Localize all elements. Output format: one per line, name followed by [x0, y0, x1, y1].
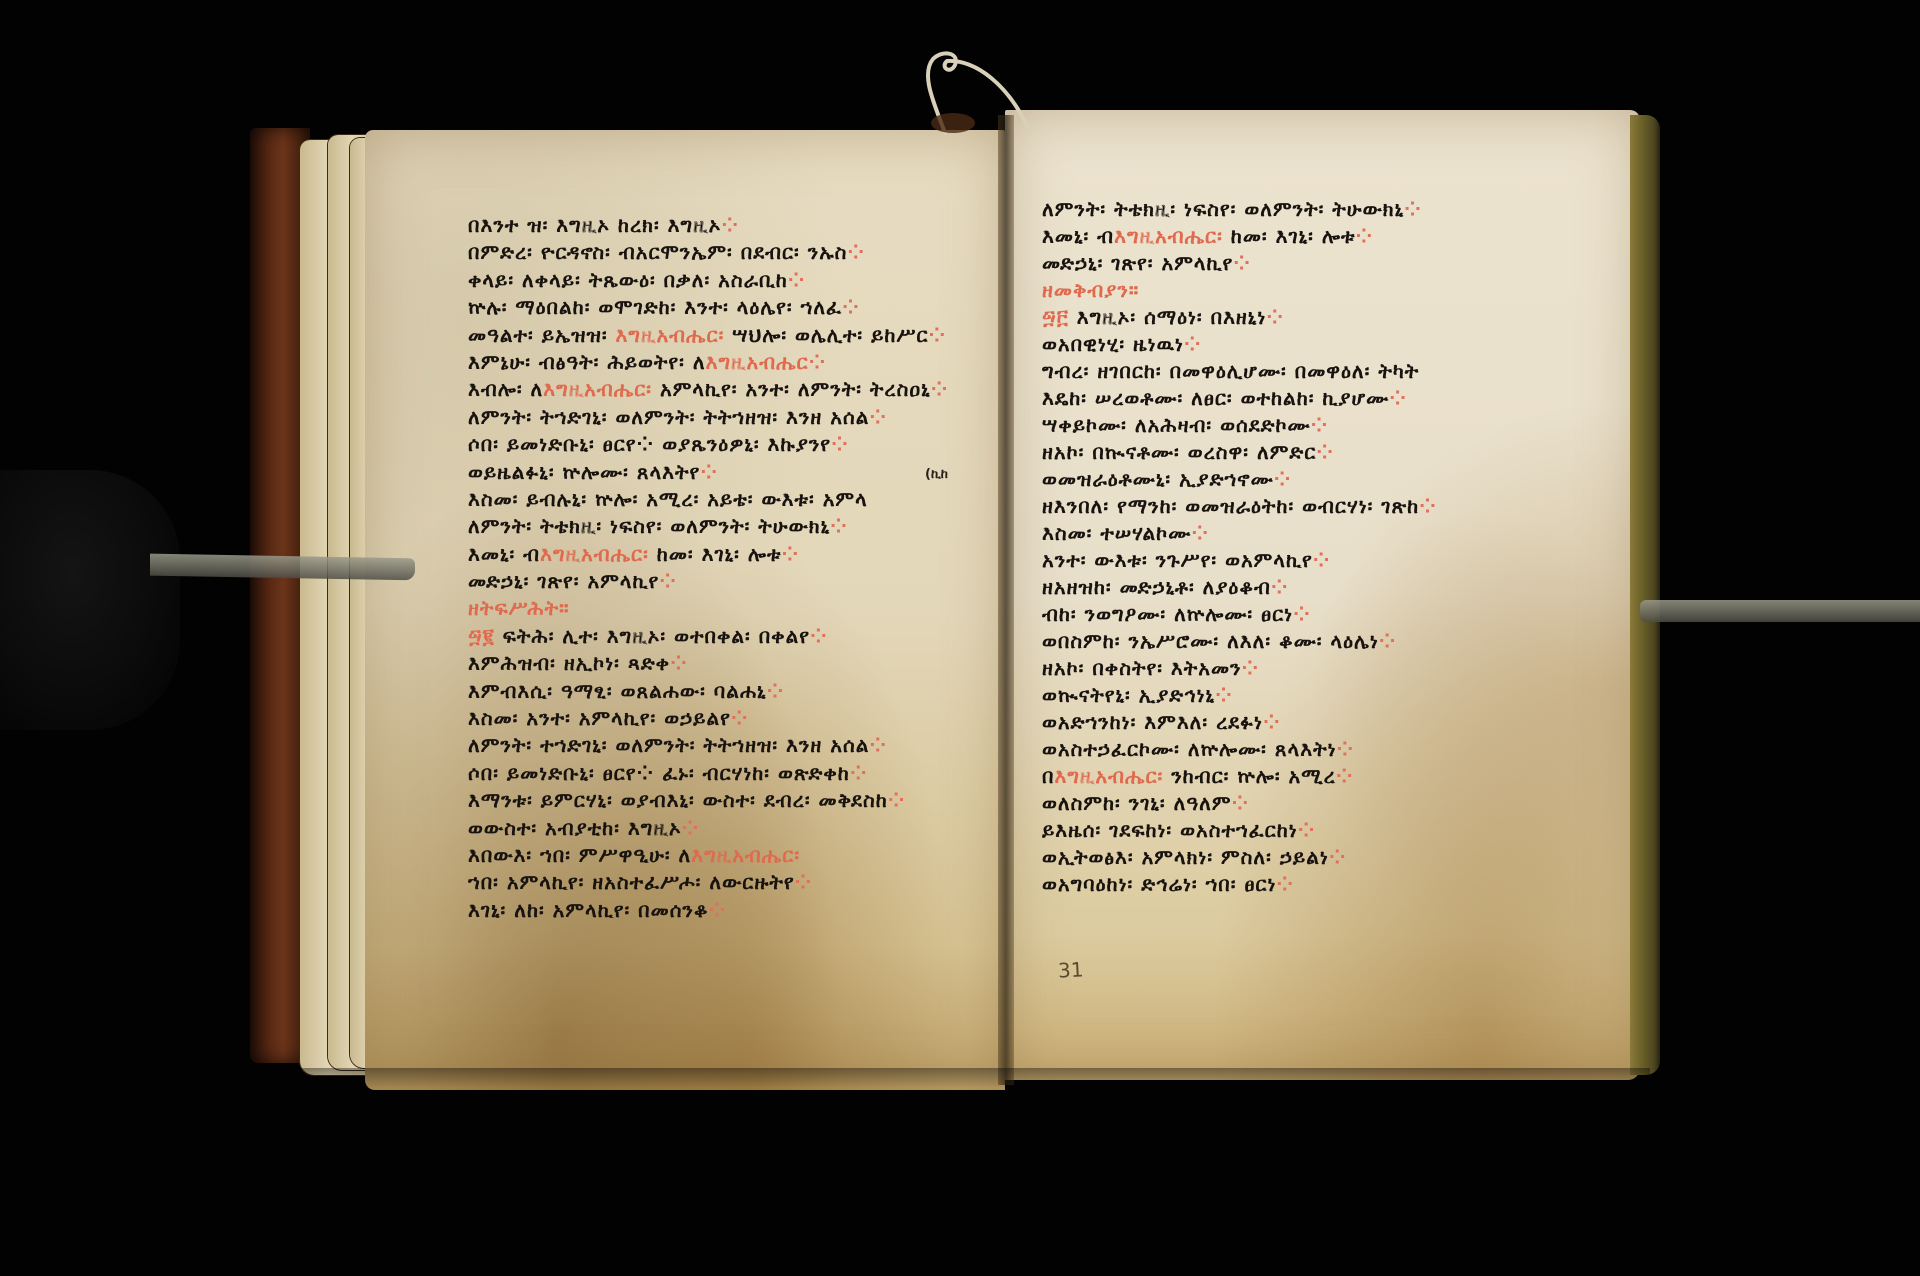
- folio-number: 31: [1057, 957, 1084, 982]
- verse-divider-icon: ⁘: [682, 816, 700, 840]
- line-text: ኵሉ፡ ማዕበልከ፡ ወሞገድከ፡ እንተ፡ ላዕሌየ፡ ኀለፈ: [468, 295, 842, 319]
- verse-divider-icon: ⁘: [847, 240, 865, 264]
- manuscript-line: ወአበዊነሂ፡ ዜነዉነ⁘: [1042, 331, 1602, 358]
- verse-divider-icon: ⁘: [1337, 737, 1355, 761]
- verse-divider-icon: ⁘: [700, 460, 718, 484]
- line-text: ወለስምከ፡ ንገኒ፡ ለዓለም: [1042, 791, 1232, 815]
- line-text: እመኒ፡ ብ: [468, 542, 540, 566]
- line-text: እማንቱ፡ ይምርሃኒ፡ ወያብእኒ፡ ውስተ፡ ደብረ፡ መቅደስከ: [468, 788, 888, 812]
- line-text: እግዚኦ፡ ሰማዕነ፡ በእዘኒነ: [1069, 305, 1267, 329]
- manuscript-line: እገኒ፡ ለከ፡ አምላኪየ፡ በመሰንቆ⁘: [468, 897, 988, 924]
- gutter: [998, 115, 1014, 1085]
- manuscript-line: ለምንት፡ ተኀድገኒ፡ ወለምንት፡ ትትኀዘዝ፡ እንዘ አሰል⁘: [468, 732, 988, 759]
- rubric-text: ፵፪: [468, 624, 495, 648]
- manuscript-line: እስመ፡ ይብሉኒ፡ ኵሎ፡ አሚረ፡ አይቴ፡ ውእቱ፡ አምላ: [468, 486, 988, 513]
- manuscript-line: ሶበ፡ ይመነድቡኒ፡ ፀርየ⁘ ፈኑ፡ ብርሃነከ፡ ወጽድቀከ⁘: [468, 760, 988, 787]
- manuscript-line: ወውስተ፡ አብያቲከ፡ እግዚኦ⁘: [468, 815, 988, 842]
- verse-divider-icon: ⁘: [1232, 791, 1250, 815]
- rubric-text: ዘመቅብያን።: [1042, 278, 1139, 302]
- line-text: ሣህሎ፡ ወሌሊተ፡ ይከሥር: [724, 323, 928, 347]
- line-text: እበውእ፡ ኀበ፡ ምሥዋዒሁ፡ ለ: [468, 843, 691, 867]
- manuscript-line: ፵፪ ፍትሕ፡ ሊተ፡ እግዚኦ፡ ወተበቀል፡ በቀልየ⁘: [468, 623, 988, 650]
- line-text: ⁘ ፈኑ፡ ብርሃነከ፡ ወጽድቀከ: [637, 761, 850, 785]
- rubric-text: እግዚአብሔር: [706, 350, 809, 374]
- manuscript-line: ለምንት፡ ትቴክዚ፡ ነፍስየ፡ ወለምንት፡ ትሁውክኒ⁘: [468, 513, 988, 540]
- manuscript-line: ዘመቅብያን።: [1042, 277, 1602, 304]
- manuscript-line: በምድረ፡ ዮርዳኖስ፡ ብአርሞንኤም፡ በደብር፡ ንኡስ⁘: [468, 239, 988, 266]
- verse-divider-icon: ⁘: [810, 624, 828, 648]
- gloved-hand: [0, 470, 180, 730]
- verse-divider-icon: ⁘: [709, 898, 727, 922]
- line-text: እስመ፡ አንተ፡ አምላኪየ፡ ወኃይልየ: [468, 706, 731, 730]
- line-text: ወአበዊነሂ፡ ዜነዉነ: [1042, 332, 1184, 356]
- right-page-edge: [1630, 115, 1660, 1075]
- verse-divider-icon: ⁘: [1298, 818, 1316, 842]
- line-text: ወኢትወፅእ፡ አምላክነ፡ ምስለ፡ ኃይልነ: [1042, 845, 1329, 869]
- manuscript-line: እመኒ፡ ብእግዚአብሔር፡ ከመ፡ እገኒ፡ ሎቱ⁘: [468, 541, 988, 568]
- line-text: ንከብር፡ ኵሎ፡ አሚረ: [1163, 764, 1336, 788]
- manuscript-line: አንተ፡ ውእቱ፡ ንጉሥየ፡ ወአምላኪየ⁘: [1042, 547, 1602, 574]
- left-page-text: በእንተ ዝ፡ እግዚኦ ከረክ፡ እግዚኦ⁘በምድረ፡ ዮርዳኖስ፡ ብአርሞ…: [468, 212, 988, 924]
- verse-divider-icon: ⁘: [1274, 467, 1292, 491]
- verse-divider-icon: ⁘: [1271, 575, 1289, 599]
- manuscript-line: እምብእሲ፡ ዓማፂ፡ ወጸልሐው፡ ባልሐኒ⁘: [468, 678, 988, 705]
- manuscript-line: እስመ፡ ተሠሃልኮሙ⁘: [1042, 520, 1602, 547]
- manuscript-line: እምሕዝብ፡ ዘኢኮነ፡ ጻድቀ⁘: [468, 650, 988, 677]
- rubric-text: እግዚአብሔር፡: [1054, 764, 1163, 788]
- verse-divider-icon: ⁘: [767, 679, 785, 703]
- verse-divider-icon: ⁘: [1355, 224, 1373, 248]
- line-text: መድኃኒ፡ ገጽየ፡ አምላኪየ: [468, 569, 659, 593]
- line-text: እምኔሁ፡ ብፅዓት፡ ሕይወትየ፡ ለ: [468, 350, 706, 374]
- marginal-note: (ኪከ: [925, 467, 948, 482]
- verse-divider-icon: ⁘: [830, 514, 848, 538]
- rubric-text: እግዚአብሔር፡: [543, 377, 652, 401]
- rubric-text: እግዚአብሔር፡: [1114, 224, 1223, 248]
- line-text: ዘአዘዝከ፡ መድኃኒቶ፡ ለያዕቆብ: [1042, 575, 1271, 599]
- manuscript-line: ወለስምከ፡ ንገኒ፡ ለዓለም⁘: [1042, 790, 1602, 817]
- verse-divider-icon: ⁘: [1419, 494, 1437, 518]
- manuscript-line: ወአስተኃፈርኮሙ፡ ለኵሎሙ፡ ጸላእትነ⁘: [1042, 736, 1602, 763]
- manuscript-line: ቀላይ፡ ለቀላይ፡ ትጼውዕ፡ በቃለ፡ አስራቢከ⁘: [468, 267, 988, 294]
- manuscript-line: እበውእ፡ ኀበ፡ ምሥዋዒሁ፡ ለእግዚአብሔር፡: [468, 842, 988, 869]
- line-text: እምብእሲ፡ ዓማፂ፡ ወጸልሐው፡ ባልሐኒ: [468, 679, 767, 703]
- rubric-text: እግዚአብሔር፡: [691, 843, 800, 867]
- line-text: በእንተ ዝ፡ እግዚኦ ከረክ፡ እግዚኦ: [468, 213, 721, 237]
- verse-divider-icon: ⁘: [1379, 629, 1397, 653]
- manuscript-line: እብሎ፡ ለእግዚአብሔር፡ አምላኪየ፡ አንተ፡ ለምንት፡ ትረስዐኒ⁘: [468, 376, 988, 403]
- line-text: ሣቀይኮሙ፡ ለአሕዛብ፡ ወሰደድኮሙ: [1042, 413, 1311, 437]
- verse-divider-icon: ⁘: [1313, 548, 1331, 572]
- manuscript-line: ግብረ፡ ዘገበርከ፡ በመዋዕሊሆሙ፡ በመዋዕለ፡ ትካት: [1042, 358, 1602, 385]
- verse-divider-icon: ⁘: [1184, 332, 1202, 356]
- line-text: ይእዜሰ፡ ገደፍከነ፡ ወአስተኀፈርከነ: [1042, 818, 1298, 842]
- manuscript-line: እምኔሁ፡ ብፅዓት፡ ሕይወትየ፡ ለእግዚአብሔር⁘: [468, 349, 988, 376]
- line-text: ብከ፡ ንወግዖሙ፡ ለኵሎሙ፡ ፀርነ: [1042, 602, 1293, 626]
- line-text: ከመ፡ እገኒ፡ ሎቱ: [1223, 224, 1356, 248]
- verse-divider-icon: ⁘: [1316, 440, 1334, 464]
- verse-divider-icon: ⁘: [1336, 764, 1354, 788]
- line-text: ሶበ፡ ይመነድቡኒ፡ ፀርየ: [468, 761, 637, 785]
- verse-divider-icon: ⁘: [1293, 602, 1311, 626]
- line-text: እብሎ፡ ለ: [468, 377, 543, 401]
- line-text: ወአግባዕከነ፡ ድኅሬነ፡ ኀበ፡ ፀርነ: [1042, 872, 1276, 896]
- line-text: ፍትሕ፡ ሊተ፡ እግዚኦ፡ ወተበቀል፡ በቀልየ: [495, 624, 810, 648]
- manuscript-line: ዘአኮ፡ በቀስትየ፡ እትአመን⁘: [1042, 655, 1602, 682]
- line-text: ወአድኀንከነ፡ እምእለ፡ ረደፉነ: [1042, 710, 1263, 734]
- verse-divider-icon: ⁘: [929, 323, 947, 347]
- manuscript-line: ዘአኮ፡ በኲናቶሙ፡ ወረስዋ፡ ለምድር⁘: [1042, 439, 1602, 466]
- manuscript-line: ወአድኀንከነ፡ እምእለ፡ ረደፉነ⁘: [1042, 709, 1602, 736]
- verse-divider-icon: ⁘: [1389, 386, 1407, 410]
- line-text: በምድረ፡ ዮርዳኖስ፡ ብአርሞንኤም፡ በደብር፡ ንኡስ: [468, 240, 847, 264]
- manuscript-line: እዴከ፡ ሠረወቶሙ፡ ለፀር፡ ወተከልከ፡ ኪያሆሙ⁘: [1042, 385, 1602, 412]
- manuscript-line: ወይዜልፉኒ፡ ኵሎሙ፡ ጸላእትየ⁘: [468, 459, 988, 486]
- manuscript-line: ወኲናትየኒ፡ ኢያድኅነኒ⁘: [1042, 682, 1602, 709]
- verse-divider-icon: ⁘: [869, 405, 887, 429]
- line-text: እስመ፡ ተሠሃልኮሙ: [1042, 521, 1191, 545]
- manuscript-line: ወኢትወፅእ፡ አምላክነ፡ ምስለ፡ ኃይልነ⁘: [1042, 844, 1602, 871]
- verse-divider-icon: ⁘: [721, 213, 739, 237]
- line-text: ለምንት፡ ትኀድገኒ፡ ወለምንት፡ ትትኀዘዝ፡ እንዘ አሰል: [468, 405, 869, 429]
- verse-divider-icon: ⁘: [1233, 251, 1251, 275]
- manuscript-line: ኀበ፡ አምላኪየ፡ ዘአስተፈሥሖ፡ ለውርዙትየ⁘: [468, 869, 988, 896]
- verse-divider-icon: ⁘: [1242, 656, 1260, 680]
- line-text: ከመ፡ እገኒ፡ ሎቱ: [649, 542, 782, 566]
- verse-divider-icon: ⁘: [659, 569, 677, 593]
- manuscript-line: ዘትፍሥሕት።: [468, 595, 988, 622]
- manuscript-line: እስመ፡ አንተ፡ አምላኪየ፡ ወኃይልየ⁘: [468, 705, 988, 732]
- manuscript-line: በእንተ ዝ፡ እግዚኦ ከረክ፡ እግዚኦ⁘: [468, 212, 988, 239]
- line-text: ለምንት፡ ተኀድገኒ፡ ወለምንት፡ ትትኀዘዝ፡ እንዘ አሰል: [468, 733, 869, 757]
- manuscript-line: እመኒ፡ ብእግዚአብሔር፡ ከመ፡ እገኒ፡ ሎቱ⁘: [1042, 223, 1602, 250]
- manuscript-line: ኵሉ፡ ማዕበልከ፡ ወሞገድከ፡ እንተ፡ ላዕሌየ፡ ኀለፈ⁘: [468, 294, 988, 321]
- verse-divider-icon: ⁘: [842, 295, 860, 319]
- line-text: ወኲናትየኒ፡ ኢያድኅነኒ: [1042, 683, 1215, 707]
- line-text: ቀላይ፡ ለቀላይ፡ ትጼውዕ፡ በቃለ፡ አስራቢከ: [468, 268, 788, 292]
- line-text: እመኒ፡ ብ: [1042, 224, 1114, 248]
- verse-divider-icon: ⁘: [781, 542, 799, 566]
- verse-divider-icon: ⁘: [850, 761, 868, 785]
- manuscript-line: መድኃኒ፡ ገጽየ፡ አምላኪየ⁘: [1042, 250, 1602, 277]
- line-text: ወይዜልፉኒ፡ ኵሎሙ፡ ጸላእትየ: [468, 460, 700, 484]
- manuscript-line: እማንቱ፡ ይምርሃኒ፡ ወያብእኒ፡ ውስተ፡ ደብረ፡ መቅደስከ⁘: [468, 787, 988, 814]
- manuscript-line: ወአግባዕከነ፡ ድኅሬነ፡ ኀበ፡ ፀርነ⁘: [1042, 871, 1602, 898]
- line-text: ዘአኮ፡ በቀስትየ፡ እትአመን: [1042, 656, 1242, 680]
- line-text: ዘእንበለ፡ የማንከ፡ ወመዝራዕትከ፡ ወብርሃነ፡ ገጽከ: [1042, 494, 1419, 518]
- line-text: ወመዝራዕቶሙኒ፡ ኢያድኀኖሙ: [1042, 467, 1274, 491]
- manuscript-line: ይእዜሰ፡ ገደፍከነ፡ ወአስተኀፈርከነ⁘: [1042, 817, 1602, 844]
- manuscript-line: በእግዚአብሔር፡ ንከብር፡ ኵሎ፡ አሚረ⁘: [1042, 763, 1602, 790]
- line-text: ሶበ፡ ይመነድቡኒ፡ ፀርየ: [468, 432, 637, 456]
- line-text: እምሕዝብ፡ ዘኢኮነ፡ ጻድቀ: [468, 651, 670, 675]
- line-text: ወአስተኃፈርኮሙ፡ ለኵሎሙ፡ ጸላእትነ: [1042, 737, 1337, 761]
- manuscript-line: ብከ፡ ንወግዖሙ፡ ለኵሎሙ፡ ፀርነ⁘: [1042, 601, 1602, 628]
- photo-scene: በእንተ ዝ፡ እግዚኦ ከረክ፡ እግዚኦ⁘በምድረ፡ ዮርዳኖስ፡ ብአርሞ…: [0, 0, 1920, 1276]
- binding-string-icon: [915, 45, 1045, 135]
- page-holder-strip-right: [1640, 600, 1920, 622]
- verse-divider-icon: ⁘: [1276, 872, 1294, 896]
- rubric-text: እግዚአብሔር፡: [540, 542, 649, 566]
- line-text: እዴከ፡ ሠረወቶሙ፡ ለፀር፡ ወተከልከ፡ ኪያሆሙ: [1042, 386, 1389, 410]
- verse-divider-icon: ⁘: [809, 350, 827, 374]
- verse-divider-icon: ⁘: [670, 651, 688, 675]
- right-page-text: ለምንት፡ ትቴክዚ፡ ነፍስየ፡ ወለምንት፡ ትሁውክኒ⁘እመኒ፡ ብእግዚ…: [1042, 196, 1602, 898]
- line-text: ኀበ፡ አምላኪየ፡ ዘአስተፈሥሖ፡ ለውርዙትየ: [468, 870, 795, 894]
- verse-divider-icon: ⁘: [795, 870, 813, 894]
- bottom-shadow: [290, 1068, 1650, 1088]
- line-text: በ: [1042, 764, 1054, 788]
- manuscript-line: ወመዝራዕቶሙኒ፡ ኢያድኀኖሙ⁘: [1042, 466, 1602, 493]
- line-text: አንተ፡ ውእቱ፡ ንጉሥየ፡ ወአምላኪየ: [1042, 548, 1313, 572]
- manuscript-line: ዘእንበለ፡ የማንከ፡ ወመዝራዕትከ፡ ወብርሃነ፡ ገጽከ⁘: [1042, 493, 1602, 520]
- page-holder-strip-left: [150, 554, 415, 581]
- verse-divider-icon: ⁘: [1266, 305, 1284, 329]
- line-text: ግብረ፡ ዘገበርከ፡ በመዋዕሊሆሙ፡ በመዋዕለ፡ ትካት: [1042, 359, 1419, 383]
- rubric-text: እግዚአብሔር፡: [616, 323, 725, 347]
- verse-divider-icon: ⁘: [888, 788, 906, 812]
- manuscript-line: መድኃኒ፡ ገጽየ፡ አምላኪየ⁘: [468, 568, 988, 595]
- verse-divider-icon: ⁘: [1404, 197, 1422, 221]
- verse-divider-icon: ⁘: [788, 268, 806, 292]
- line-text: እስመ፡ ይብሉኒ፡ ኵሎ፡ አሚረ፡ አይቴ፡ ውእቱ፡ አምላ: [468, 487, 868, 511]
- line-text: መድኃኒ፡ ገጽየ፡ አምላኪየ: [1042, 251, 1233, 275]
- rubric-text: ዘትፍሥሕት።: [468, 596, 569, 620]
- line-text: አምላኪየ፡ አንተ፡ ለምንት፡ ትረስዐኒ: [652, 377, 931, 401]
- manuscript-line: ፵፫ እግዚኦ፡ ሰማዕነ፡ በእዘኒነ⁘: [1042, 304, 1602, 331]
- verse-divider-icon: ⁘: [931, 377, 949, 401]
- rubric-text: ፵፫: [1042, 305, 1069, 329]
- line-text: ወውስተ፡ አብያቲከ፡ እግዚኦ: [468, 816, 682, 840]
- manuscript-line: ለምንት፡ ትቴክዚ፡ ነፍስየ፡ ወለምንት፡ ትሁውክኒ⁘: [1042, 196, 1602, 223]
- verse-divider-icon: ⁘: [869, 733, 887, 757]
- manuscript-line: ሣቀይኮሙ፡ ለአሕዛብ፡ ወሰደድኮሙ⁘: [1042, 412, 1602, 439]
- verse-divider-icon: ⁘: [831, 432, 849, 456]
- verse-divider-icon: ⁘: [731, 706, 749, 730]
- line-text: መዓልተ፡ ይኤዝዝ፡: [468, 323, 616, 347]
- line-text: ወበስምከ፡ ንኤሥሮሙ፡ ለእለ፡ ቆሙ፡ ላዕሌነ: [1042, 629, 1379, 653]
- line-text: እገኒ፡ ለከ፡ አምላኪየ፡ በመሰንቆ: [468, 898, 709, 922]
- manuscript-line: ለምንት፡ ትኀድገኒ፡ ወለምንት፡ ትትኀዘዝ፡ እንዘ አሰል⁘: [468, 404, 988, 431]
- verse-divider-icon: ⁘: [1329, 845, 1347, 869]
- line-text: ⁘ ወያጼንዕዎኒ፡ እኩያንየ: [637, 432, 832, 456]
- manuscript-line: ሶበ፡ ይመነድቡኒ፡ ፀርየ⁘ ወያጼንዕዎኒ፡ እኩያንየ⁘: [468, 431, 988, 458]
- manuscript-line: ዘአዘዝከ፡ መድኃኒቶ፡ ለያዕቆብ⁘: [1042, 574, 1602, 601]
- line-text: ለምንት፡ ትቴክዚ፡ ነፍስየ፡ ወለምንት፡ ትሁውክኒ: [468, 514, 830, 538]
- manuscript-line: መዓልተ፡ ይኤዝዝ፡ እግዚአብሔር፡ ሣህሎ፡ ወሌሊተ፡ ይከሥር⁘: [468, 322, 988, 349]
- verse-divider-icon: ⁘: [1191, 521, 1209, 545]
- line-text: ለምንት፡ ትቴክዚ፡ ነፍስየ፡ ወለምንት፡ ትሁውክኒ: [1042, 197, 1404, 221]
- line-text: ዘአኮ፡ በኲናቶሙ፡ ወረስዋ፡ ለምድር: [1042, 440, 1316, 464]
- verse-divider-icon: ⁘: [1215, 683, 1233, 707]
- verse-divider-icon: ⁘: [1311, 413, 1329, 437]
- verse-divider-icon: ⁘: [1263, 710, 1281, 734]
- manuscript-line: ወበስምከ፡ ንኤሥሮሙ፡ ለእለ፡ ቆሙ፡ ላዕሌነ⁘: [1042, 628, 1602, 655]
